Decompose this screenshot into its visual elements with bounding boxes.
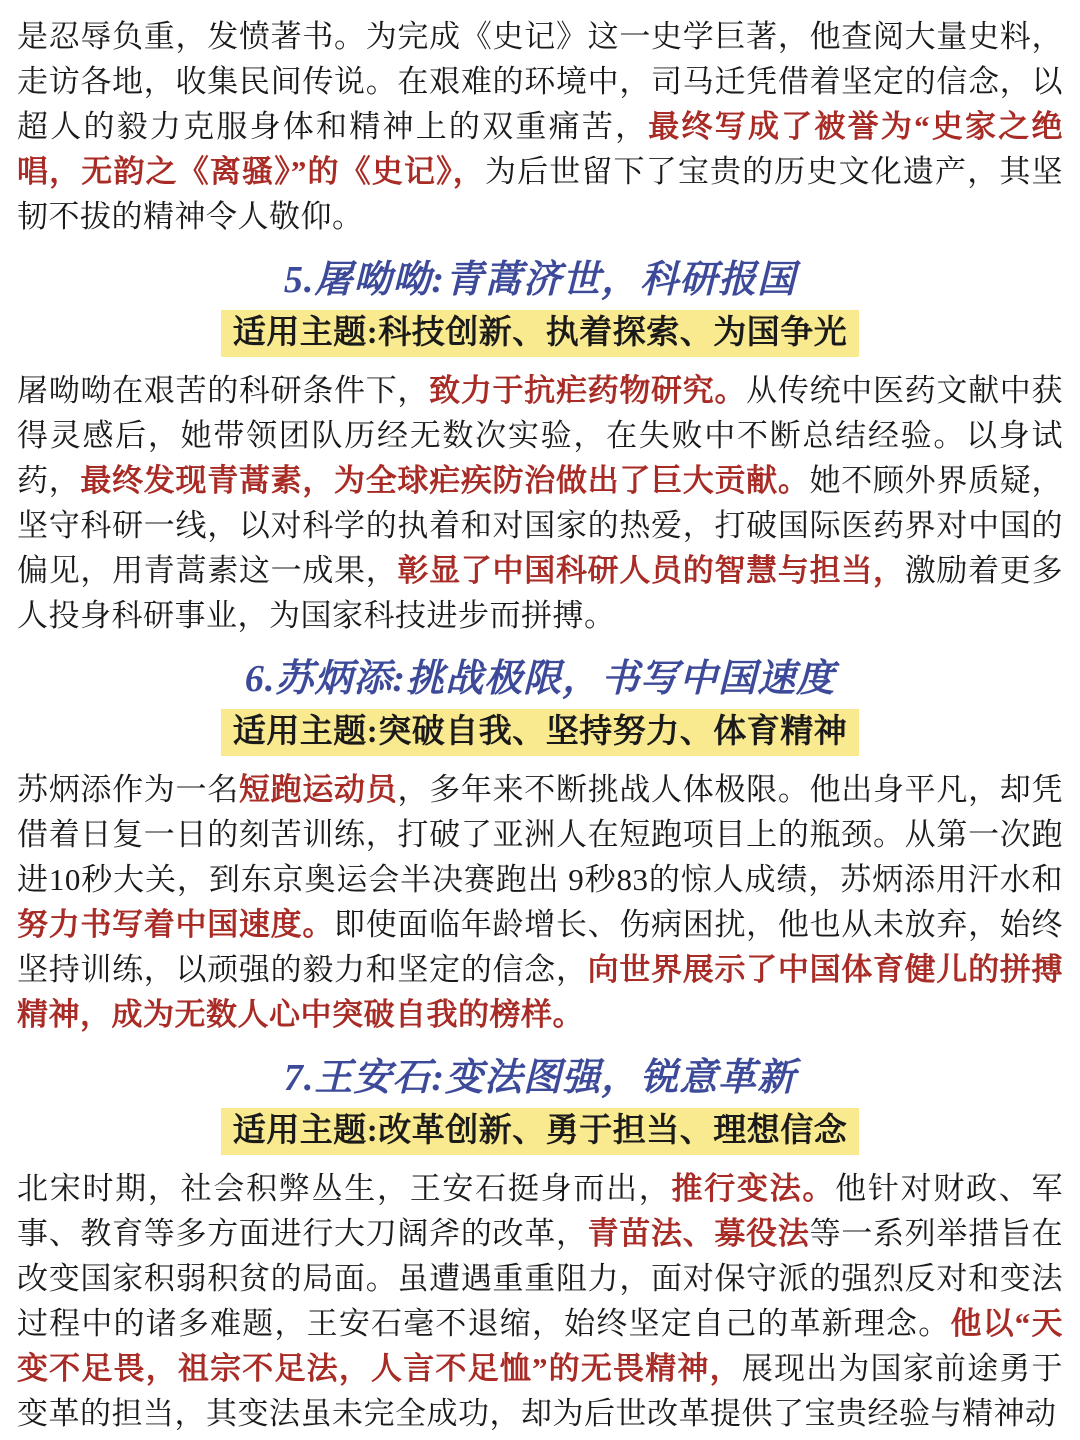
section-heading: 6.苏炳添:挑战极限，书写中国速度 (17, 657, 1063, 701)
emphasis-text-run: 致力于抗疟药物研究。 (429, 373, 746, 408)
emphasis-text-run: 最终发现青蒿素，为全球疟疾防治做出了巨大贡献。 (80, 463, 809, 498)
topic-row: 适用主题:科技创新、执着探索、为国争光 (17, 310, 1063, 357)
topic-row: 适用主题:改革创新、勇于担当、理想信念 (17, 1108, 1063, 1155)
document-content: 是忍辱负重，发愤著书。为完成《史记》这一史学巨著，他查阅大量史料，走访各地，收集… (17, 14, 1063, 1436)
topic-highlight-label: 适用主题:突破自我、坚持努力、体育精神 (221, 709, 860, 756)
emphasis-text-run: 彰显了中国科研人员的智慧与担当， (397, 553, 904, 588)
body-text-run: 屠呦呦在艰苦的科研条件下， (17, 373, 429, 408)
emphasis-text-run: 努力书写着中国速度。 (17, 907, 334, 942)
body-text-run: 北宋时期，社会积弊丛生，王安石挺身而出， (17, 1171, 672, 1206)
topic-row: 适用主题:突破自我、坚持努力、体育精神 (17, 709, 1063, 756)
topic-highlight-label: 适用主题:改革创新、勇于担当、理想信念 (221, 1108, 860, 1155)
document-page: 是忍辱负重，发愤著书。为完成《史记》这一史学巨著，他查阅大量史料，走访各地，收集… (0, 0, 1080, 1440)
body-paragraph: 是忍辱负重，发愤著书。为完成《史记》这一史学巨著，他查阅大量史料，走访各地，收集… (17, 14, 1063, 239)
body-paragraph: 屠呦呦在艰苦的科研条件下，致力于抗疟药物研究。从传统中医药文献中获得灵感后，她带… (17, 368, 1063, 638)
emphasis-text-run: 青苗法、募役法 (588, 1216, 810, 1251)
section-heading: 7.王安石:变法图强，锐意革新 (17, 1056, 1063, 1100)
body-text-run: 苏炳添作为一名 (17, 772, 239, 807)
body-paragraph: 苏炳添作为一名短跑运动员，多年来不断挑战人体极限。他出身平凡，却凭借着日复一日的… (17, 767, 1063, 1037)
body-paragraph: 北宋时期，社会积弊丛生，王安石挺身而出，推行变法。他针对财政、军事、教育等多方面… (17, 1166, 1063, 1436)
emphasis-text-run: 短跑运动员 (239, 772, 398, 807)
emphasis-text-run: 推行变法。 (672, 1171, 836, 1206)
section-heading: 5.屠呦呦:青蒿济世，科研报国 (17, 258, 1063, 302)
topic-highlight-label: 适用主题:科技创新、执着探索、为国争光 (221, 310, 860, 357)
